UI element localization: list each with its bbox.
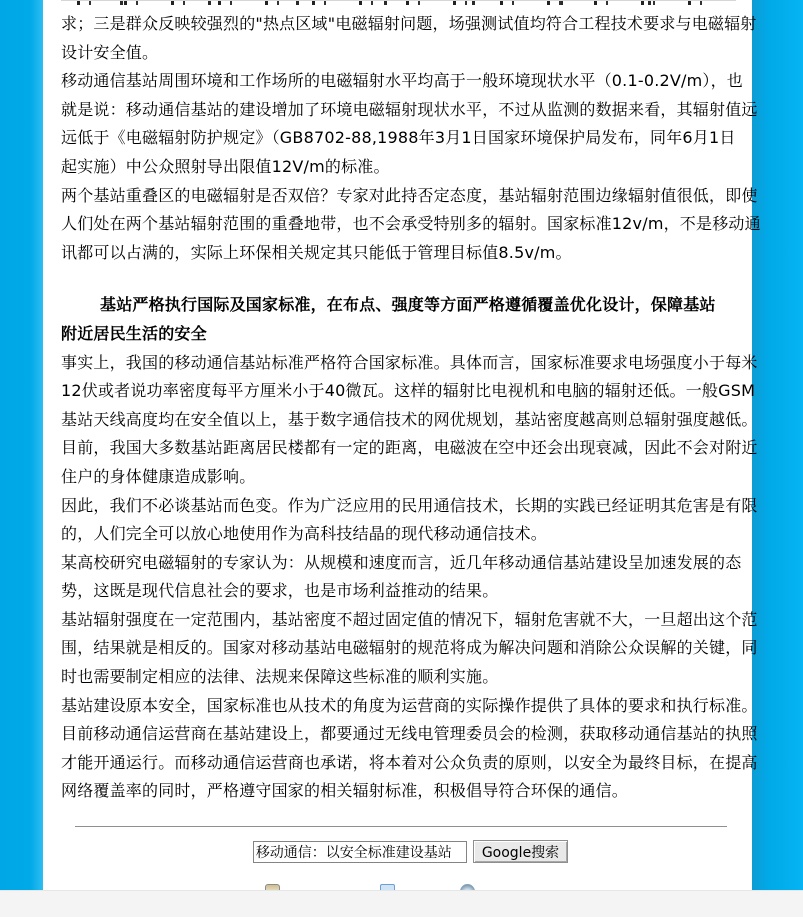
divider — [75, 826, 727, 827]
text-line: 就是说：移动通信基站的建设增加了环境电磁辐射现状水平，不过从监测的数据来看，其辐… — [61, 96, 736, 125]
text-line: 求；三是群众反映较强烈的"热点区域"电磁辐射问题，场强测试值均符合工程技术要求与… — [61, 10, 736, 39]
google-search-input[interactable] — [253, 841, 467, 863]
text-line: 某高校研究电磁辐射的专家认为：从规模和速度而言，近几年移动通信基站建设呈加速发展… — [61, 549, 736, 578]
text-line: 设计安全值。 — [61, 39, 736, 68]
text-line: 围，结果就是相反的。国家对移动基站电磁辐射的规范将成为解决问题和消除公众误解的关… — [61, 634, 736, 663]
text-line: 基站建设原本安全，国家标准也从技术的角度为运营商的实际操作提供了具体的要求和执行… — [61, 692, 736, 721]
text-line: 才能开通运行。而移动通信运营商也承诺，将本着对公众负责的原则，以安全为最终目标，… — [61, 749, 736, 778]
article-page: 求；三是群众反映较强烈的"热点区域"电磁辐射问题，场强测试值均符合工程技术要求与… — [43, 0, 750, 890]
text-line: 两个基站重叠区的电磁辐射是否双倍？专家对此持否定态度，基站辐射范围边缘辐射值很低… — [61, 182, 736, 211]
google-search-button[interactable]: Google搜索 — [473, 840, 568, 863]
text-line: 事实上，我国的移动通信基站标准严格符合国家标准。具体而言，国家标准要求电场强度小… — [61, 349, 736, 378]
page: { "colors": { "accent_cyan": "#00a9e8", … — [0, 0, 803, 917]
article: 求；三是群众反映较强烈的"热点区域"电磁辐射问题，场强测试值均符合工程技术要求与… — [43, 10, 750, 806]
text-line: 时也需要制定相应的法律、法规来保障这些标准的顺利实施。 — [61, 663, 736, 692]
paragraph: 求；三是群众反映较强烈的"热点区域"电磁辐射问题，场强测试值均符合工程技术要求与… — [61, 10, 736, 67]
clipped-top-text-line — [61, 0, 736, 10]
left-cyan-band — [0, 0, 43, 890]
text-line: 基站辐射强度在一定范围内，基站密度不超过固定值的情况下，辐射危害就不大，一旦超出… — [61, 606, 736, 635]
text-line: 目前移动通信运营商在基站建设上，都要通过无线电管理委员会的检测，获取移动通信基站… — [61, 720, 736, 749]
google-search-form: Google搜索 — [57, 840, 764, 863]
text-line: 住户的身体健康造成影响。 — [61, 463, 736, 492]
text-line: 势，这既是现代信息社会的要求，也是市场利益推动的结果。 — [61, 577, 736, 606]
paragraph: 基站辐射强度在一定范围内，基站密度不超过固定值的情况下，辐射危害就不大，一旦超出… — [61, 606, 736, 692]
text-line: 移动通信基站周围环境和工作场所的电磁辐射水平均高于一般环境现状水平（0.1-0.… — [61, 67, 736, 96]
section-heading: 基站严格执行国际及国家标准，在布点、强度等方面严格遵循覆盖优化设计，保障基站附近… — [61, 291, 736, 348]
text-line: 12伏或者说功率密度每平方厘米小于40微瓦。这样的辐射比电视机和电脑的辐射还低。… — [61, 377, 736, 406]
paragraph: 两个基站重叠区的电磁辐射是否双倍？专家对此持否定态度，基站辐射范围边缘辐射值很低… — [61, 182, 736, 268]
text-line: 网络覆盖率的同时，严格遵守国家的相关辐射标准，积极倡导符合环保的通信。 — [61, 777, 736, 806]
text-line: 附近居民生活的安全 — [61, 320, 736, 349]
text-line: 因此，我们不必谈基站而色变。作为广泛应用的民用通信技术，长期的实践已经证明其危害… — [61, 492, 736, 521]
paragraph: 因此，我们不必谈基站而色变。作为广泛应用的民用通信技术，长期的实践已经证明其危害… — [61, 492, 736, 549]
text-line: 目前，我国大多数基站距离居民楼都有一定的距离，电磁波在空中还会出现衰减，因此不会… — [61, 434, 736, 463]
text-line: 讯都可以占满的，实际上环保相关规定其只能低于管理目标值8.5v/m。 — [61, 239, 736, 268]
text-line: 的，人们完全可以放心地使用作为高科技结晶的现代移动通信技术。 — [61, 520, 736, 549]
paragraph: 基站建设原本安全，国家标准也从技术的角度为运营商的实际操作提供了具体的要求和执行… — [61, 692, 736, 806]
paragraph: 事实上，我国的移动通信基站标准严格符合国家标准。具体而言，国家标准要求电场强度小… — [61, 349, 736, 492]
paragraph: 某高校研究电磁辐射的专家认为：从规模和速度而言，近几年移动通信基站建设呈加速发展… — [61, 549, 736, 606]
text-line: 基站天线高度均在安全值以上，基于数字通信技术的网优规划，基站密度越高则总辐射强度… — [61, 406, 736, 435]
text-line: 远低于《电磁辐射防护规定》（GB8702-88,1988年3月1日国家环境保护局… — [61, 124, 736, 153]
clipped-glyph-fragments — [63, 1, 732, 5]
right-cyan-band — [752, 0, 803, 890]
text-line: 基站严格执行国际及国家标准，在布点、强度等方面严格遵循覆盖优化设计，保障基站 — [61, 291, 736, 320]
paragraph: 移动通信基站周围环境和工作场所的电磁辐射水平均高于一般环境现状水平（0.1-0.… — [61, 67, 736, 181]
text-line: 人们处在两个基站辐射范围的重叠地带，也不会承受特别多的辐射。国家标准12v/m，… — [61, 210, 736, 239]
bottom-gray-band — [0, 890, 803, 917]
text-line: 起实施）中公众照射导出限值12V/m的标准。 — [61, 153, 736, 182]
